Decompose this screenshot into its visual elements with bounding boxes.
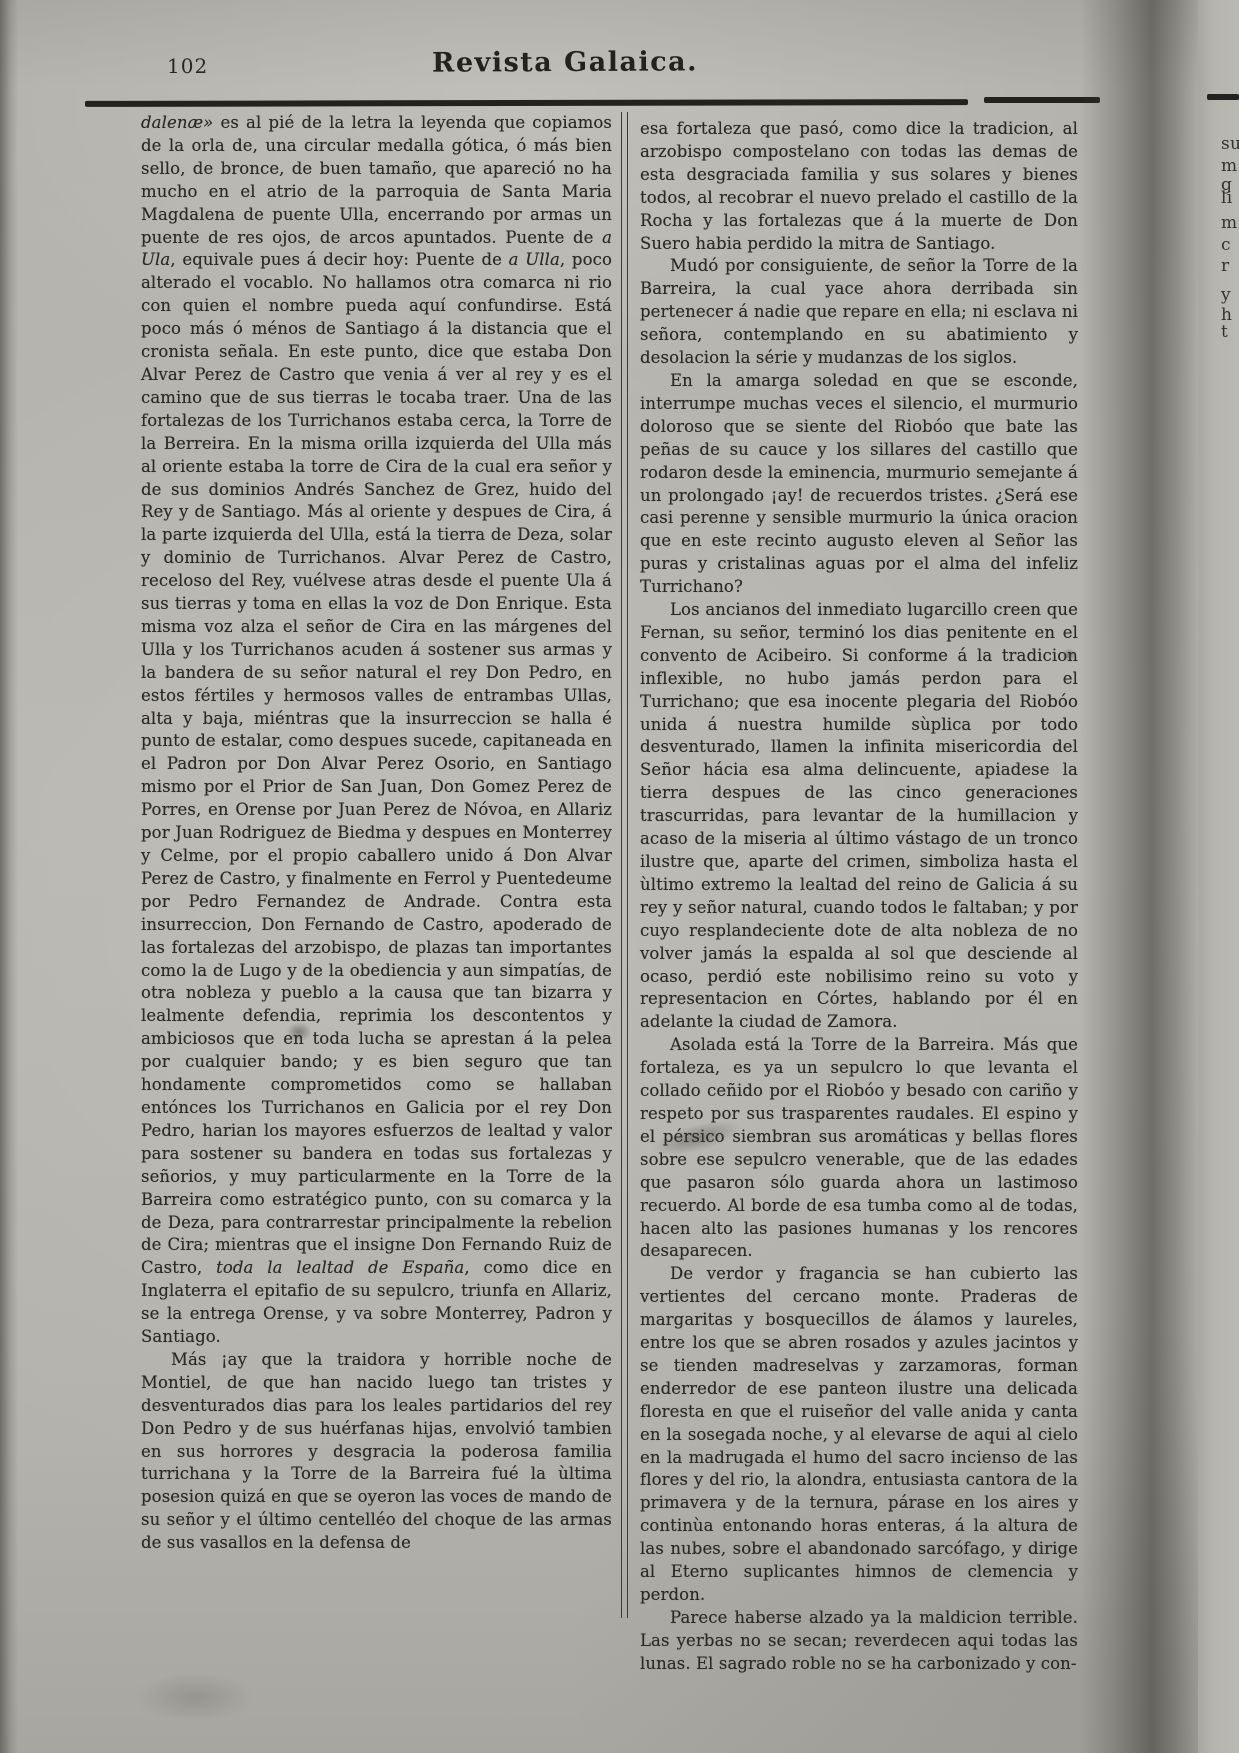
text-segment: De verdor y fragancia se han cubierto la…: [640, 1264, 1078, 1604]
paragraph: Mudó por consiguiente, de señor la Torre…: [640, 255, 1078, 370]
text-segment: esa fortaleza que pasó, como dice la tra…: [640, 119, 1078, 253]
next-page-text-fragment: li: [1221, 188, 1232, 208]
text-segment: Los ancianos del inmediato lugarcillo cr…: [640, 600, 1078, 1031]
italic-text-segment: dalenæ»: [141, 113, 213, 132]
next-page-text-fragment: t: [1221, 322, 1228, 342]
next-page-edge: [1198, 0, 1239, 1753]
text-segment: , equivale pues á decir hoy: Puente de: [170, 250, 508, 269]
scanned-page: 102 Revista Galaica. dalenæ» es al pié d…: [0, 0, 1239, 1753]
column-left: dalenæ» es al pié de la letra la leyenda…: [141, 112, 612, 1555]
next-page-text-fragment: r: [1221, 256, 1229, 276]
paragraph: De verdor y fragancia se han cubierto la…: [640, 1263, 1078, 1607]
paragraph: Parece haberse alzado ya la maldicion te…: [640, 1607, 1078, 1676]
paragraph: esa fortaleza que pasó, como dice la tra…: [640, 118, 1078, 255]
next-page-header-rule: [1207, 94, 1239, 100]
paragraph: dalenæ» es al pié de la letra la leyenda…: [141, 112, 612, 1349]
page-title: Revista Galaica.: [400, 46, 730, 78]
next-page-text-fragment: m: [1221, 213, 1237, 233]
text-segment: es al pié de la letra la leyenda que cop…: [141, 113, 612, 247]
next-page-text-fragment: su: [1221, 134, 1239, 154]
text-segment: Mudó por consiguiente, de señor la Torre…: [640, 256, 1078, 367]
text-segment: Asolada está la Torre de la Barreira. Má…: [640, 1035, 1078, 1260]
italic-text-segment: a Ulla: [509, 250, 560, 269]
paragraph: Asolada está la Torre de la Barreira. Má…: [640, 1034, 1078, 1263]
text-segment: , poco alterado el vocablo. No hallamos …: [141, 250, 612, 1277]
next-page-text-fragment: c: [1221, 235, 1231, 255]
text-segment: Parece haberse alzado ya la maldicion te…: [640, 1608, 1078, 1673]
book-gutter-shadow: [1080, 0, 1200, 1753]
column-right: esa fortaleza que pasó, como dice la tra…: [640, 118, 1078, 1676]
paragraph: Los ancianos del inmediato lugarcillo cr…: [640, 599, 1078, 1034]
scan-left-edge-shadow: [0, 0, 18, 1753]
text-segment: Más ¡ay que la traidora y horrible noche…: [141, 1350, 612, 1552]
column-divider-rule: [621, 112, 628, 1618]
italic-text-segment: toda la lealtad de España: [216, 1258, 464, 1277]
text-segment: En la amarga soledad en que se esconde, …: [640, 371, 1078, 596]
next-page-text-fragment: y: [1221, 285, 1231, 305]
paragraph: Más ¡ay que la traidora y horrible noche…: [141, 1349, 612, 1555]
page-number: 102: [167, 54, 208, 78]
paragraph: En la amarga soledad en que se esconde, …: [640, 370, 1078, 599]
next-page-text-fragment: m: [1221, 156, 1237, 176]
